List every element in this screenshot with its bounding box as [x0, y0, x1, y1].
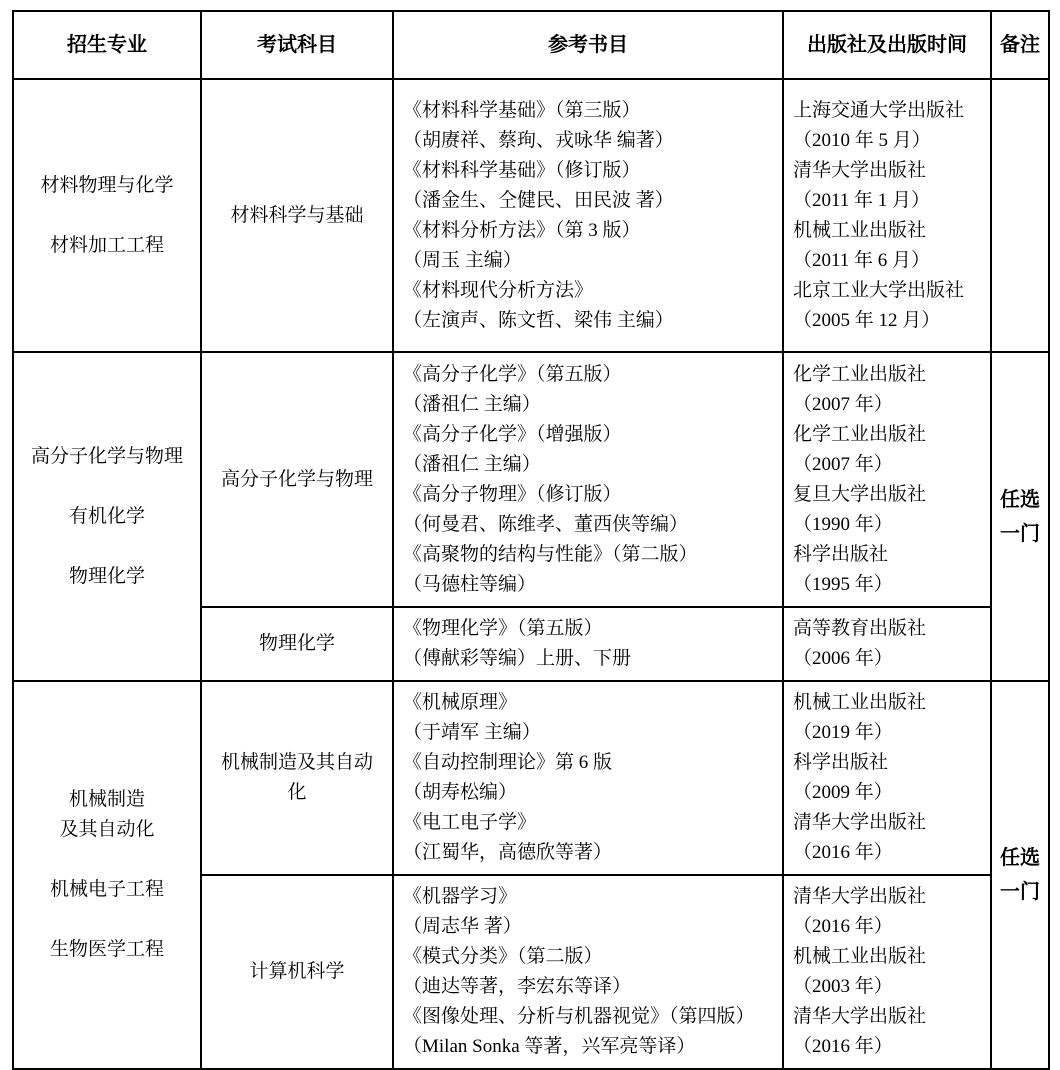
subject-cell-mechanical-manufacturing: 机械制造及其自动 化	[201, 681, 393, 875]
header-major: 招生专业	[13, 11, 201, 79]
subject-cell-polymer: 高分子化学与物理	[201, 352, 393, 607]
major-cell-mechanical: 机械制造 及其自动化 机械电子工程 生物医学工程	[13, 681, 201, 1069]
header-row: 招生专业 考试科目 参考书目 出版社及出版时间 备注	[13, 11, 1049, 79]
books-cell-physical-chemistry: 《物理化学》（第五版） （傅献彩等编）上册、下册	[393, 607, 783, 681]
publisher-cell-computer-science: 清华大学出版社 （2016 年） 机械工业出版社 （2003 年） 清华大学出版…	[783, 875, 991, 1069]
publisher-cell-materials-science: 上海交通大学出版社 （2010 年 5 月） 清华大学出版社 （2011 年 1…	[783, 79, 991, 352]
books-cell-computer-science: 《机器学习》 （周志华 著） 《模式分类》（第二版） （迪达等著，李宏东等译） …	[393, 875, 783, 1069]
publisher-cell-polymer: 化学工业出版社 （2007 年） 化学工业出版社 （2007 年） 复旦大学出版…	[783, 352, 991, 607]
header-note: 备注	[991, 11, 1049, 79]
header-subject: 考试科目	[201, 11, 393, 79]
note-cell-mechanical: 任选 一门	[991, 681, 1049, 1069]
header-publisher: 出版社及出版时间	[783, 11, 991, 79]
books-cell-polymer: 《高分子化学》（第五版） （潘祖仁 主编） 《高分子化学》（增强版） （潘祖仁 …	[393, 352, 783, 607]
table-row: 机械制造 及其自动化 机械电子工程 生物医学工程 机械制造及其自动 化 《机械原…	[13, 681, 1049, 875]
books-cell-mechanical-manufacturing: 《机械原理》 （于靖军 主编） 《自动控制理论》第 6 版 （胡寿松编） 《电工…	[393, 681, 783, 875]
table-row: 高分子化学与物理 有机化学 物理化学 高分子化学与物理 《高分子化学》（第五版）…	[13, 352, 1049, 607]
major-cell-chemistry: 高分子化学与物理 有机化学 物理化学	[13, 352, 201, 681]
header-books: 参考书目	[393, 11, 783, 79]
reference-books-table: 招生专业 考试科目 参考书目 出版社及出版时间 备注 材料物理与化学 材料加工工…	[12, 10, 1050, 1070]
table-row: 材料物理与化学 材料加工工程 材料科学与基础 《材料科学基础》（第三版） （胡赓…	[13, 79, 1049, 352]
books-cell-materials-science: 《材料科学基础》（第三版） （胡赓祥、蔡珣、戎咏华 编著） 《材料科学基础》（修…	[393, 79, 783, 352]
note-cell-chemistry: 任选 一门	[991, 352, 1049, 681]
subject-cell-physical-chemistry: 物理化学	[201, 607, 393, 681]
subject-cell-materials-science: 材料科学与基础	[201, 79, 393, 352]
publisher-cell-mechanical-manufacturing: 机械工业出版社 （2019 年） 科学出版社 （2009 年） 清华大学出版社 …	[783, 681, 991, 875]
publisher-cell-physical-chemistry: 高等教育出版社 （2006 年）	[783, 607, 991, 681]
major-cell-materials: 材料物理与化学 材料加工工程	[13, 79, 201, 352]
subject-cell-computer-science: 计算机科学	[201, 875, 393, 1069]
note-cell-materials	[991, 79, 1049, 352]
